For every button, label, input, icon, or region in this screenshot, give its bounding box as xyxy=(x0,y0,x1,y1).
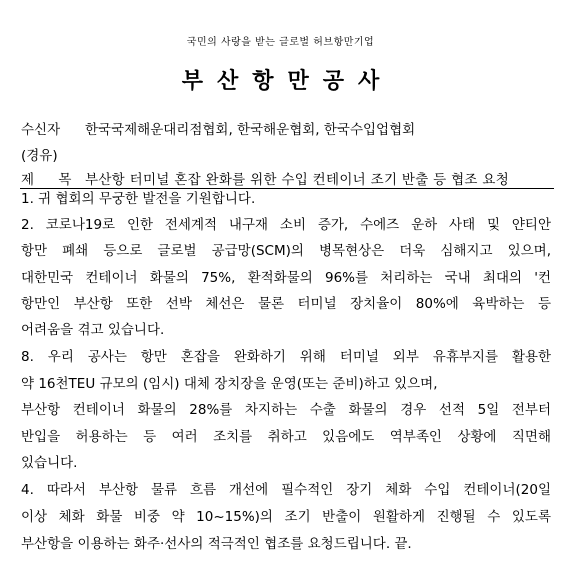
body-line: 반입을 허용하는 등 여러 조치를 취하고 있음에도 역부족인 상황에 직면해 xyxy=(21,428,551,446)
org-title: 부산항만공사 xyxy=(0,64,561,95)
body-line: 8. 우리 공사는 항만 혼잡을 완화하기 위해 터미널 외부 유휴부지를 활용… xyxy=(21,348,551,366)
body-line: 항만 폐쇄 등으로 글로벌 공급망(SCM)의 병목현상은 더욱 심해지고 있으… xyxy=(21,242,551,260)
subject-value: 부산항 터미널 혼잡 완화를 위한 수입 컨테이너 조기 반출 등 협조 요청 xyxy=(85,172,509,188)
recipient-row: 수신자한국국제해운대리점협회, 한국해운협회, 한국수입업협회 xyxy=(21,118,415,138)
body-line: 부산항을 이용하는 화주·선사의 적극적인 협조를 요청드립니다. 끝. xyxy=(21,535,551,553)
recipient-label: 수신자 xyxy=(21,118,85,138)
body-line: 대한민국 컨테이너 화물의 75%, 환적화물의 96%를 처리하는 국내 최대… xyxy=(21,269,551,287)
body-line: 4. 따라서 부산항 물류 흐름 개선에 필수적인 장기 체화 수입 컨테이너(… xyxy=(21,481,551,499)
org-slogan: 국민의 사랑을 받는 글로벌 허브항만기업 xyxy=(0,33,561,48)
body-line: 2. 코로나19로 인한 전세계적 내구재 소비 증가, 수에즈 운하 사태 및… xyxy=(21,216,551,234)
body-line: 부산항 컨테이너 화물의 28%를 차지하는 수출 화물의 경우 선적 5일 전… xyxy=(21,401,551,419)
body-line: 항만인 부산항 또한 선박 체선은 물론 터미널 장치율이 80%에 육박하는 … xyxy=(21,295,551,313)
body-line: 어려움을 겪고 있습니다. xyxy=(21,321,551,339)
body-line: 1. 귀 협회의 무궁한 발전을 기원합니다. xyxy=(21,190,551,208)
header-divider xyxy=(20,188,554,189)
via-label: (경유) xyxy=(21,144,85,164)
subject-row: 제 목부산항 터미널 혼잡 완화를 위한 수입 컨테이너 조기 반출 등 협조 … xyxy=(21,168,509,188)
body-line: 있습니다. xyxy=(21,454,551,472)
body-line: 약 16천TEU 규모의 (임시) 대체 장치장을 운영(또는 준비)하고 있으… xyxy=(21,375,551,393)
body-line: 이상 체화 화물 비중 약 10~15%)의 조기 반출이 원활하게 진행될 수… xyxy=(21,508,551,526)
via-row: (경유) xyxy=(21,144,85,164)
recipient-value: 한국국제해운대리점협회, 한국해운협회, 한국수입업협회 xyxy=(85,122,415,138)
subject-label: 제 목 xyxy=(21,168,85,188)
